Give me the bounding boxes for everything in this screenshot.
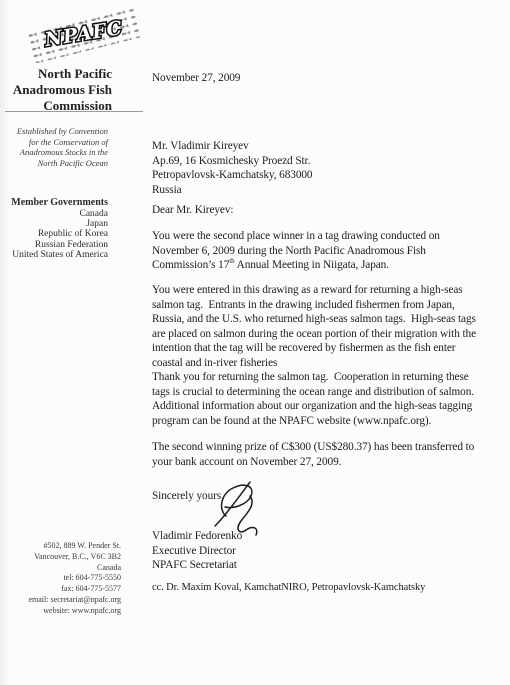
org-name: North Pacific Anadromous Fish Commission xyxy=(0,66,112,114)
established-note: Established by Convention for the Conser… xyxy=(0,126,108,168)
established-line: North Pacific Ocean xyxy=(0,158,108,169)
member-government-item: Japan xyxy=(0,219,108,229)
paragraph-line: The second winning prize of C$300 (US$28… xyxy=(152,440,474,455)
org-name-line: Anadromous Fish xyxy=(0,82,112,98)
recipient-line: Mr. Vladimir Kireyev xyxy=(152,139,312,154)
member-government-item: Republic of Korea xyxy=(0,229,108,239)
paragraph-line: You were the second place winner in a ta… xyxy=(152,229,440,244)
paragraph-line: November 6, 2009 during the North Pacifi… xyxy=(152,244,440,259)
recipient-line: Ap.69, 16 Kosmichesky Proezd Str. xyxy=(152,154,312,169)
paragraph-line: Thank you for returning the salmon tag. … xyxy=(152,370,474,385)
npafc-logo: NPAFC xyxy=(28,5,140,63)
paragraph-line: your bank account on November 27, 2009. xyxy=(152,455,474,470)
salutation: Dear Mr. Kireyev: xyxy=(152,203,233,218)
paragraph-1: You were the second place winner in a ta… xyxy=(152,229,440,273)
paragraph-line: coastal and in-river fisheries xyxy=(152,356,476,371)
established-line: Anadromous Stocks in the xyxy=(0,147,108,158)
paragraph-3: Thank you for returning the salmon tag. … xyxy=(152,370,474,428)
recipient-address: Mr. Vladimir Kireyev Ap.69, 16 Kosmiches… xyxy=(152,139,312,197)
paragraph-2: You were entered in this drawing as a re… xyxy=(152,283,476,371)
paragraph-line: program can be found at the NPAFC websit… xyxy=(152,414,474,429)
paragraph-line: tags is crucial to determining the ocean… xyxy=(152,385,474,400)
text-fragment: Commission’s 17 xyxy=(152,259,229,271)
contact-line: Canada xyxy=(0,563,121,574)
recipient-line: Russia xyxy=(152,183,312,198)
text-fragment: Annual Meeting in Niigata, Japan. xyxy=(235,259,389,271)
established-line: Established by Convention xyxy=(0,126,108,137)
signer-title: Executive Director xyxy=(152,544,242,559)
letter-page: NPAFC North Pacific Anadromous Fish Comm… xyxy=(0,0,510,685)
signer-org: NPAFC Secretariat xyxy=(152,558,242,573)
member-government-item: Russian Federation xyxy=(0,240,108,250)
signer-name: Vladimir Fedorenko xyxy=(152,529,242,544)
npafc-fish-logo-icon: NPAFC xyxy=(28,5,140,63)
paragraph-4: The second winning prize of C$300 (US$28… xyxy=(152,440,474,469)
member-government-item: United States of America xyxy=(0,250,108,260)
cc-line: cc. Dr. Maxim Koval, KamchatNIRO, Petrop… xyxy=(152,581,425,596)
contact-line: Vancouver, B.C., V6C 3B2 xyxy=(0,552,121,563)
paragraph-line: You were entered in this drawing as a re… xyxy=(152,283,476,298)
paragraph-line: are placed on salmon during the ocean po… xyxy=(152,327,476,342)
contact-line-fax: fax: 604-775-5577 xyxy=(0,584,121,595)
org-name-line: North Pacific xyxy=(0,66,112,82)
member-government-item: Canada xyxy=(0,209,108,219)
paragraph-line: Russia, and the U.S. who returned high-s… xyxy=(152,312,476,327)
contact-line: #502, 889 W. Pender St. xyxy=(0,541,121,552)
paragraph-line: intention that the tag will be recovered… xyxy=(152,341,476,356)
paragraph-line: Commission’s 17th Annual Meeting in Niig… xyxy=(152,258,440,273)
member-governments-title: Member Governments xyxy=(0,197,108,209)
secretariat-contact: #502, 889 W. Pender St. Vancouver, B.C.,… xyxy=(0,541,121,617)
contact-line-website: website: www.npafc.org xyxy=(0,606,121,617)
member-governments: Member Governments Canada Japan Republic… xyxy=(0,197,108,260)
contact-line-tel: tel: 604-775-5550 xyxy=(0,573,121,584)
recipient-line: Petropavlovsk-Kamchatsky, 683000 xyxy=(152,168,312,183)
signature-block: Vladimir Fedorenko Executive Director NP… xyxy=(152,529,242,573)
letter-date: November 27, 2009 xyxy=(152,71,240,86)
contact-line-email: email: secretariat@npafc.org xyxy=(0,595,121,606)
paragraph-line: Additional information about our organiz… xyxy=(152,399,474,414)
letterhead-sidebar: NPAFC North Pacific Anadromous Fish Comm… xyxy=(0,0,150,685)
paragraph-line: salmon tag. Entrants in the drawing incl… xyxy=(152,298,476,313)
established-line: for the Conservation of xyxy=(0,137,108,148)
sidebar-divider xyxy=(5,111,143,112)
